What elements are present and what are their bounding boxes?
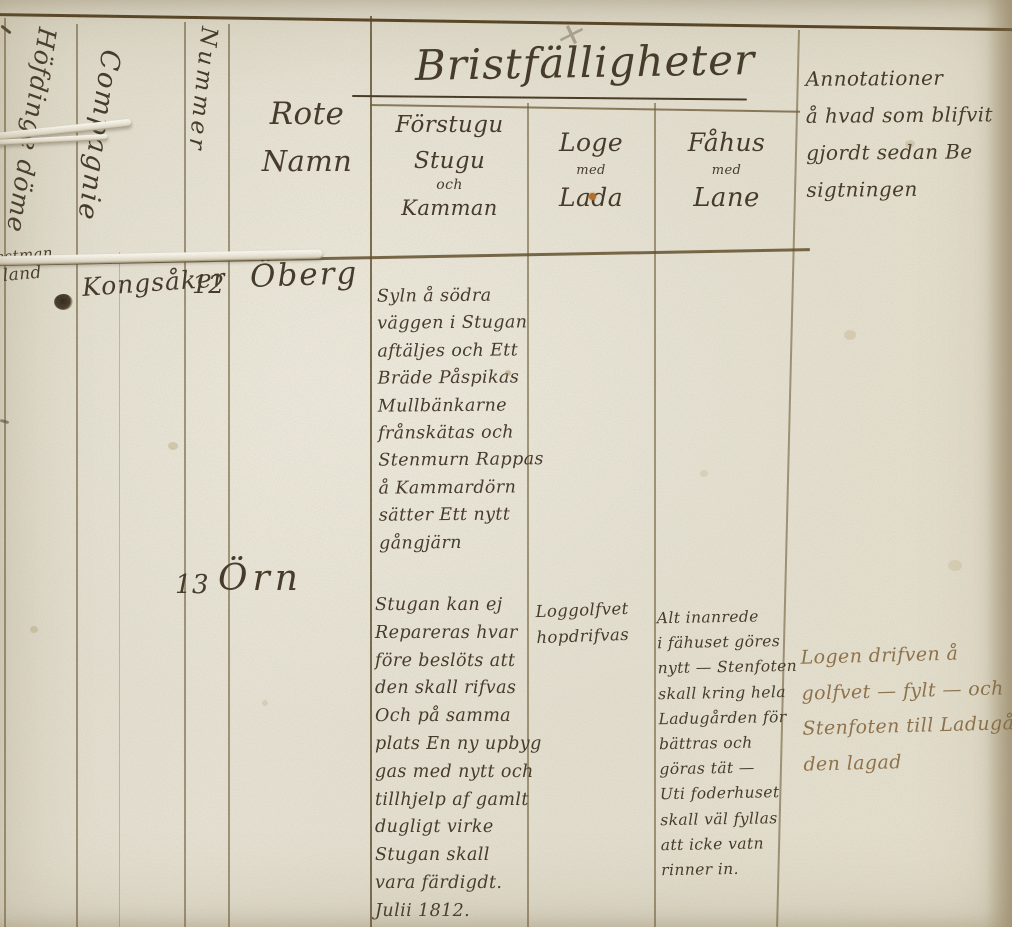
rust-dot (589, 193, 596, 200)
annotationer-header-line: sigtningen (806, 170, 1008, 209)
namn-label: Namn (244, 144, 370, 178)
text-line: Julii 1812. (375, 898, 533, 926)
foxing-spot (30, 626, 38, 633)
text-line: plats En ny upbyg (375, 731, 533, 759)
text-line: golfvet — fylt — och (801, 671, 1010, 712)
column-rule (228, 24, 230, 927)
text-line: hopdrifvas (536, 621, 657, 651)
text-line: dugligt virke (375, 814, 533, 842)
column-header-annotationer: Annotationer å hvad som blifvit gjordt s… (805, 59, 1008, 209)
county-line: land (0, 262, 55, 286)
annotationer-header-line: å hvad som blifvit (806, 96, 1008, 135)
text-line: skall kring hela (658, 679, 800, 707)
loge-line: Loge (528, 128, 654, 157)
text-line: att icke vatn (661, 831, 803, 859)
text-line: den skall rifvas (375, 675, 533, 703)
edge-ink-mark (0, 419, 9, 424)
top-border-rule (0, 13, 1012, 31)
annotationer-header-line: gjordt sedan Be (806, 133, 1008, 172)
foxing-spot (844, 330, 856, 340)
text-line: väggen i Stugan (377, 310, 527, 339)
rote-label: Rote (244, 96, 370, 132)
edge-ink-mark (0, 25, 11, 35)
foxing-spot (700, 470, 708, 477)
text-line: göras tät — (659, 755, 801, 783)
text-line: aftäljes och Ett (377, 337, 527, 366)
text-line: Stenmurn Rappas (378, 447, 528, 476)
text-line: Stugan skall (375, 842, 533, 870)
text-line: Syln å södra (377, 282, 527, 311)
text-line: Ladugården för (658, 705, 800, 733)
annotationer-header-line: Annotationer (805, 59, 1007, 98)
text-line: nytt — Stenfoten (657, 654, 799, 682)
text-line: Stenfoten till Ladugår (802, 706, 1011, 747)
text-line: gas med nytt och (375, 759, 533, 787)
foxing-spot (262, 700, 268, 706)
forstugu-line: Kamman (372, 196, 527, 220)
column-header-forstugu: Förstugu Stugu och Kamman (372, 112, 527, 220)
section-title-bristfalligheter: Bristfälligheter (372, 34, 799, 90)
text-line: Mullbänkarne (378, 392, 528, 421)
text-line: Stugan kan ej (375, 592, 533, 620)
text-line: Uti foderhuset (660, 780, 802, 808)
column-header-fahus: Fåhus med Lane (655, 128, 798, 213)
foxing-spot (948, 560, 962, 571)
text-line: frånskätas och (378, 419, 528, 448)
row1-rote-namn: Öberg (249, 255, 358, 295)
column-rule (76, 24, 78, 927)
text-line: gångjärn (379, 529, 529, 558)
row2-nummer: 13 (175, 570, 209, 600)
column-rule (184, 22, 186, 927)
text-line: å Kammardörn (378, 474, 528, 503)
fahus-line: Lane (655, 183, 798, 213)
text-line: den lagad (803, 742, 1012, 783)
text-line: i fähuset göres (657, 629, 799, 657)
row2-fahus-text: Alt inanrede i fähuset göres nytt — Sten… (657, 604, 804, 884)
text-line: Alt inanrede (657, 604, 799, 632)
foxing-spot (168, 442, 178, 450)
text-line: Bräde Påspikas (378, 365, 528, 394)
forstugu-line: Förstugu (372, 112, 527, 138)
foxing-spot (905, 140, 915, 148)
text-line: bättras och (659, 730, 801, 758)
loge-line: med (528, 163, 654, 178)
forstugu-line: Stugu (372, 148, 527, 174)
punch-hole (54, 294, 73, 310)
column-header-rote-namn: Rote Namn (244, 96, 370, 178)
text-line: sätter Ett nytt (379, 502, 529, 531)
text-line: skall väl fyllas (660, 805, 802, 833)
row2-forstugu-text: Stugan kan ej Repareras hvar före beslöt… (375, 592, 533, 926)
row1-forstugu-text: Syln å södra väggen i Stugan aftäljes oc… (377, 282, 529, 557)
row2-annotationer-text: Logen drifven å golfvet — fylt — och Ste… (800, 635, 1012, 782)
foxing-spot (505, 370, 511, 376)
text-line: Och på samma (375, 703, 533, 731)
text-line: tillhjelp af gamlt (375, 787, 533, 815)
row1-nummer: 12 (192, 270, 225, 299)
title-underline (352, 95, 747, 100)
column-rule (654, 103, 656, 927)
text-line: rinner in. (661, 856, 803, 884)
page-edge-shadow (986, 0, 1012, 927)
fahus-line: med (655, 163, 798, 178)
row2-rote-namn: Örn (218, 558, 303, 599)
row2-loge-text: Loggolfvet hopdrifvas (535, 595, 657, 651)
text-line: Logen drifven å (800, 635, 1009, 676)
scanned-ledger-page: Höfdinge döme Compagnie Nummer ✕ Bristfä… (0, 0, 1012, 927)
column-rule (4, 18, 6, 927)
fahus-line: Fåhus (655, 128, 798, 157)
crease-line (119, 252, 120, 927)
text-line: Repareras hvar (375, 620, 533, 648)
text-line: vara färdigdt. (375, 870, 533, 898)
text-line: före beslöts att (375, 648, 533, 676)
forstugu-line: och (372, 177, 527, 193)
column-header-nummer: Nummer (183, 25, 222, 154)
